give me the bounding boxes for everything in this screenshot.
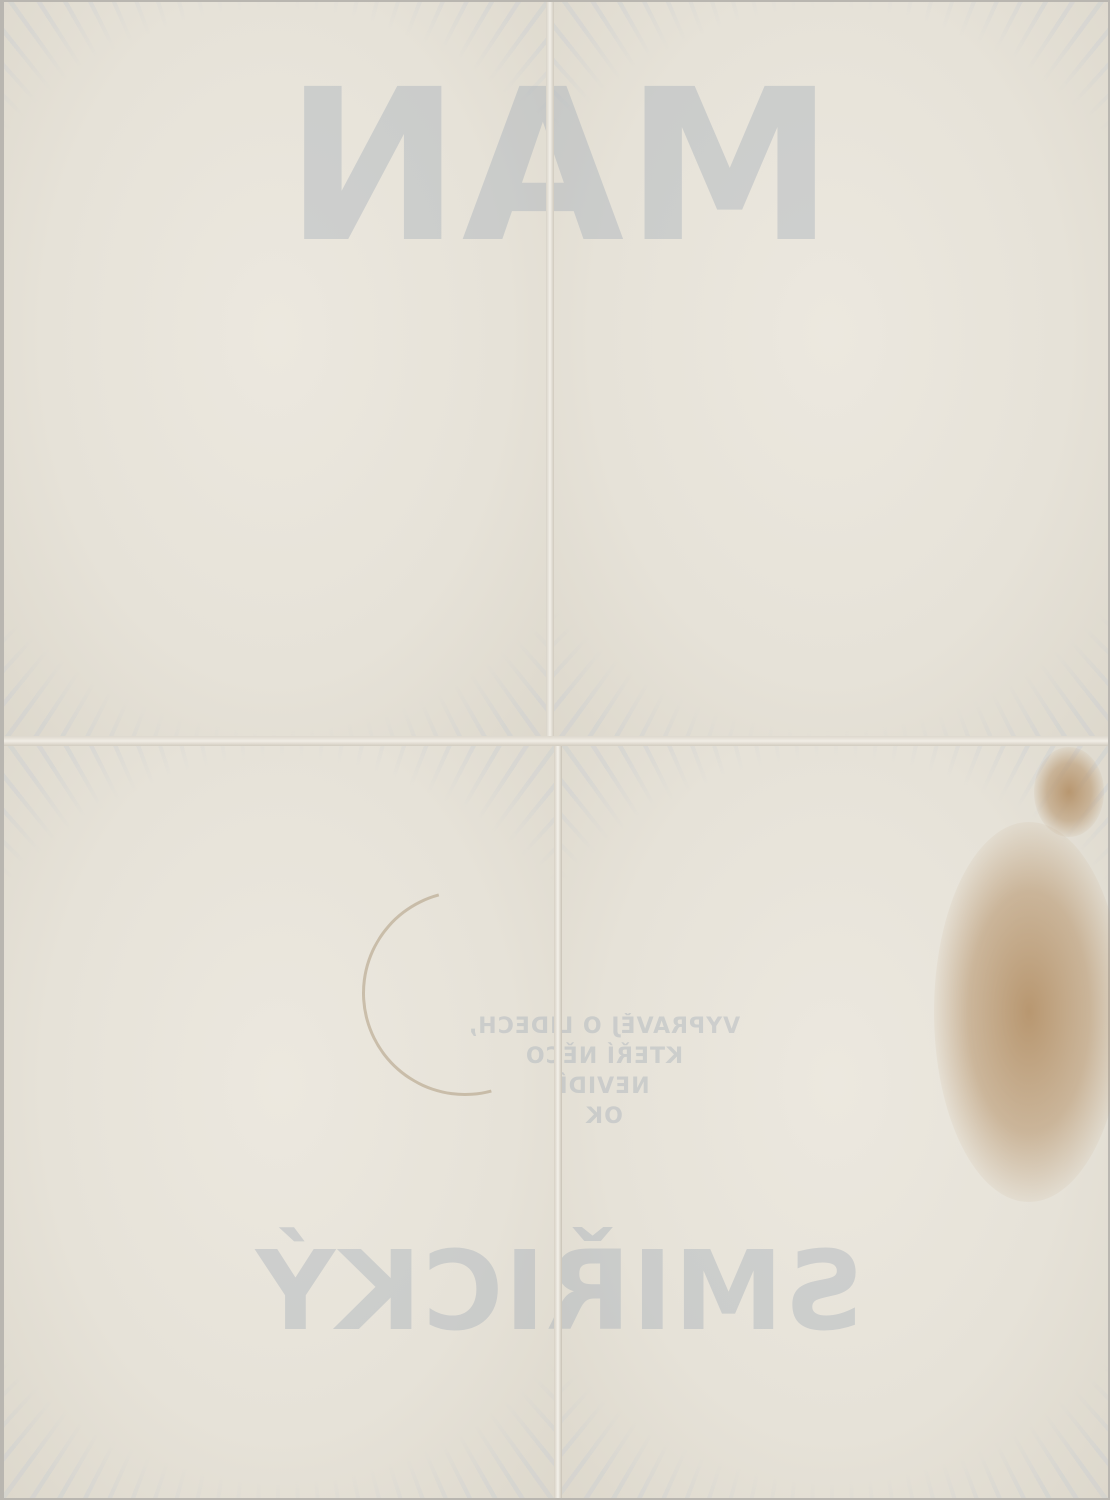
water-stain-spot	[1034, 747, 1104, 837]
water-stain	[934, 822, 1110, 1202]
vertical-fold-crease	[554, 742, 562, 1498]
mirrored-title: MAN	[64, 62, 1054, 272]
mirrored-line: OK	[404, 1102, 804, 1132]
poster-paper: MAN VYPRAVĚJ O LIDECH, KTEŘÍ NĚCO NEVIDÍ…	[4, 2, 1108, 1498]
vertical-fold-crease	[546, 2, 554, 742]
horizontal-fold-crease	[4, 736, 1108, 746]
